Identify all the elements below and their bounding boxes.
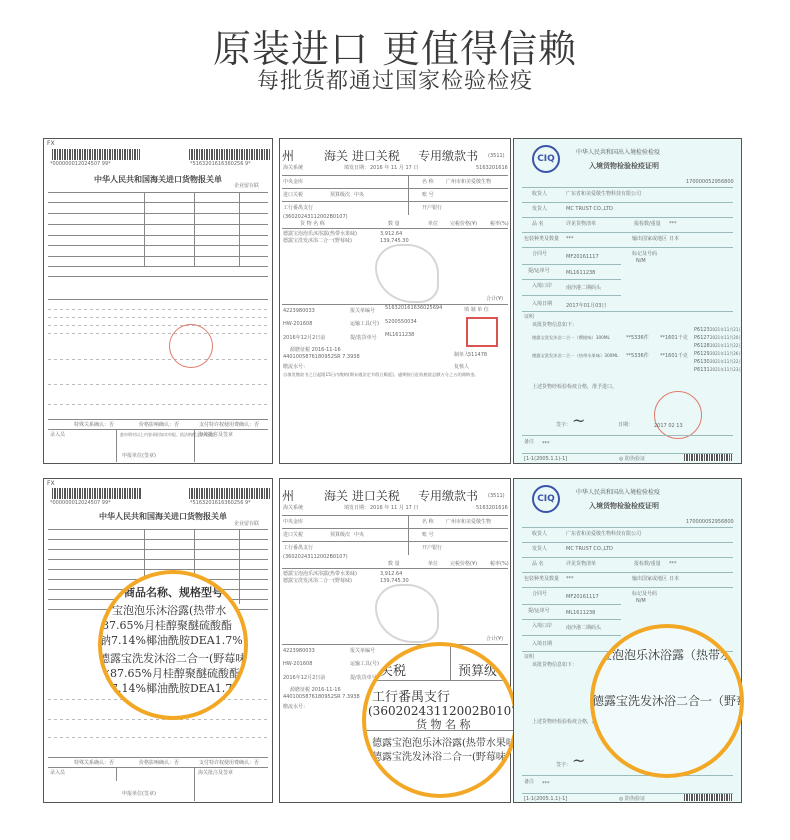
tax-system: 海关系统 xyxy=(283,165,303,171)
cert-title-1: 中华人民共和国出入境检验检疫 xyxy=(576,147,660,156)
cert-origin-value: 日本 xyxy=(669,576,679,582)
budget-label: 预算级次 xyxy=(330,532,350,538)
unit-header: 单位 xyxy=(428,221,438,227)
cert-field-value: MF20161117 xyxy=(566,254,599,260)
cert-conclusion: 上述货物经检验检疫合格，准予进口。 xyxy=(532,384,617,390)
cert-field-label: 合同号 xyxy=(532,251,547,257)
fill-date-label: 填发日期： xyxy=(344,505,369,511)
mag-line: 水87.65%月桂醇聚醚硫酸酯 xyxy=(99,665,240,681)
budget-label: 预算级次 xyxy=(330,192,350,198)
footer-label: 价格影响确认：否 xyxy=(139,760,179,766)
price-header: 完税价格(¥) xyxy=(450,221,477,227)
preparer-label: 制单人 xyxy=(454,352,469,358)
mag-line: 钠7.14%椰油酰胺DEA1.7%氯化 xyxy=(100,680,248,696)
account-code: (36020243112002B0107) xyxy=(283,214,348,220)
left-code: HW-201608 xyxy=(283,661,312,667)
magnifier-inspection-cert: 宝泡泡乐沐浴露（热带水 德露宝洗发沐浴二合一（野莓味） xyxy=(590,624,744,778)
customs-seal xyxy=(169,324,213,368)
cert-weight-value: *** xyxy=(669,221,677,227)
inspection-certificate-document: CIQ 中华人民共和国出入境检验检疫 入境货物检验检疫证明 1700000529… xyxy=(513,138,742,464)
cert-field-label: 入境日期 xyxy=(532,301,552,307)
cert-field-value: ML1611238 xyxy=(566,610,595,616)
form-code: [1-1(2005.1.1)-1] xyxy=(524,796,567,802)
cert-marks-label: 标记及号码 xyxy=(632,251,657,257)
tax-title-right: 专用缴款书 xyxy=(418,487,478,504)
collect-no: 4401005876180952SR 7.3938 xyxy=(283,694,360,700)
cert-item-weight: **1601千克 xyxy=(660,335,688,341)
budget-value: 中央 xyxy=(354,532,364,538)
cert-barcode xyxy=(684,794,732,801)
magnifier-declaration: 商品名称、规格型号 宝泡泡乐沐浴露(热带水 87.65%月桂醇聚醚硫酸酯 钠7.… xyxy=(98,570,248,720)
left-code: HW-201608 xyxy=(283,321,312,327)
barcode-left xyxy=(52,149,140,160)
barcode-right xyxy=(189,488,271,499)
transport-no: 5200550034 xyxy=(385,319,417,325)
cert-weight-label: 报检数/重量 xyxy=(634,561,661,567)
bank-label: 开户银行 xyxy=(422,205,442,211)
cert-field-label: 收货人 xyxy=(532,191,547,197)
tax-title-prefix: 州 xyxy=(282,147,294,164)
cert-field-label: 发货人 xyxy=(532,546,547,552)
barcode-left-number: *000000012024507 99* xyxy=(50,161,111,167)
goods-header: 货 物 名 称 xyxy=(300,221,325,227)
bill-no: ML1611238 xyxy=(385,332,414,338)
cert-field-value: 南沙港二期码头 xyxy=(566,625,601,631)
goods-item: 德露宝洗发沐浴二合一(野莓味) xyxy=(283,238,352,244)
tax-title-right: 专用缴款书 xyxy=(418,147,478,164)
account-code: (36020243112002B0107) xyxy=(283,554,348,560)
cert-field-value: ML1611238 xyxy=(566,270,595,276)
cert-field-value: *** xyxy=(566,236,574,242)
declaration-no: 516320161636025694 xyxy=(385,305,442,311)
customs-emblem-watermark xyxy=(375,244,439,303)
goods-item: 德露宝洗发沐浴二合一(野莓味) xyxy=(283,578,352,584)
cert-field-value: MC TRUST CO.,LTD xyxy=(566,546,613,552)
bank-label: 开户银行 xyxy=(422,545,442,551)
lot-number: P6129 xyxy=(694,351,710,357)
form-code: [1-1(2005.1.1)-1] xyxy=(524,456,567,462)
rate-header: 税率(%) xyxy=(490,221,509,227)
declaration-title: 中华人民共和国海关进口货物报关单 xyxy=(99,511,227,522)
cert-field-value: 广东省和美爱敬生物科技有限公司 xyxy=(566,531,641,537)
cert-intro: 该批货物信息如下： xyxy=(532,662,577,668)
goods-item: 德露宝泡泡乐沐浴露(热带水果味) xyxy=(283,571,357,577)
tax-title: 海关 进口关税 xyxy=(324,147,400,164)
security-label: ◎ 防伪验证 xyxy=(619,456,645,462)
cert-field-label: 包装种类及数量 xyxy=(524,236,559,242)
cert-origin-label: 输出国家或地区 xyxy=(632,236,667,242)
mag-line: 德露宝洗发沐浴二合一(野莓味) xyxy=(99,650,248,666)
cert-field-value: 南沙港二期码头 xyxy=(566,285,601,291)
fill-date-label: 填发日期： xyxy=(344,165,369,171)
cert-field-label: 入境日期 xyxy=(532,641,552,647)
footer-box-customs: 海关批注及签章 xyxy=(198,770,233,776)
mag-line: 宝泡泡乐沐浴露（热带水 xyxy=(600,646,732,663)
cert-item-qty: **5336件 xyxy=(626,353,649,359)
tax-row: 工行番禺支行 xyxy=(283,545,313,551)
magnifier-tax-bill: 关税 预算级 工行番禺支行 (36020243112002B0107) 货 物 … xyxy=(362,642,518,798)
issuer-label: 填 制 单 位 xyxy=(464,307,489,313)
remark-label: 备注 xyxy=(524,439,534,445)
footer-label: 支付特许权使用费确认：否 xyxy=(199,760,259,766)
tax-row: 进口关税 xyxy=(283,532,303,538)
cert-title-2: 入境货物检验检疫证明 xyxy=(589,161,659,171)
footer-label: 支付特许权使用费确认：否 xyxy=(199,422,259,428)
qty-header: 数 量 xyxy=(388,221,400,227)
footer-sign: 申报单位(签章) xyxy=(122,453,156,459)
footer-box-entry: 录入员 xyxy=(50,770,65,776)
tax-code: (3511) xyxy=(488,493,505,499)
declaration-title: 中华人民共和国海关进口货物报关单 xyxy=(94,174,222,185)
expiry-date: 2021年11月20日 xyxy=(710,336,742,341)
footer-box-customs: 海关批注及签章 xyxy=(198,432,233,438)
mag-line: 钠7.14%椰油酰胺DEA1.7%氯化 xyxy=(100,632,248,648)
footer-sign: 申报单位(签章) xyxy=(122,791,156,797)
mag-line: 德露宝洗发沐浴二合一（野莓味） xyxy=(592,692,744,709)
cert-item-name: 德露宝洗发沐浴二合一（樱桃味）300ML xyxy=(532,335,610,340)
mag-line: 87.65%月桂醇聚醚硫酸酯 xyxy=(102,617,232,633)
signature-label: 签字： xyxy=(556,762,571,768)
footer-label: 特殊关系确认：否 xyxy=(74,760,114,766)
barcode-left-number: *000000012024507 99* xyxy=(50,500,111,506)
subheadline: 每批货都通过国家检验检疫 xyxy=(0,64,790,95)
cert-field-value: 2017年01月03日 xyxy=(566,303,606,309)
reviewer-label: 复核人 xyxy=(454,364,469,370)
cert-field-label: 包装种类及数量 xyxy=(524,576,559,582)
cert-weight-value: *** xyxy=(669,561,677,567)
declaration-no-label: 报关单编号 xyxy=(350,648,375,654)
total-label: 合计(¥) xyxy=(486,636,503,642)
cert-barcode xyxy=(684,454,732,461)
rate-header: 税率(%) xyxy=(490,561,509,567)
left-code: 2016年12月2日前 xyxy=(283,675,325,681)
collect-note: 源磨征税 2016-11-16 xyxy=(290,347,341,353)
cert-number: 170000052956800 xyxy=(686,519,734,525)
barcode-left xyxy=(52,488,142,499)
cert-field-value: MF20161117 xyxy=(566,594,599,600)
total-label: 合计(¥) xyxy=(486,296,503,302)
tax-payment-document: 州 海关 进口关税 专用缴款书 (3511) 海关系统 填发日期： 2016 年… xyxy=(279,138,511,464)
payer-name-label: 名 称 xyxy=(422,519,434,525)
transport-label: 运输工具(号) xyxy=(350,321,379,327)
cert-field-value: 详见货物清单 xyxy=(566,221,596,227)
price-header: 完税价格(¥) xyxy=(450,561,477,567)
corner-mark: FX xyxy=(47,480,55,487)
goods-qty: 3,912.64 xyxy=(380,231,402,237)
mag-top-right: 预算级 xyxy=(458,660,497,679)
payer-name-label: 名 称 xyxy=(422,179,434,185)
mag-top-left: 关税 xyxy=(380,660,406,679)
bill-label: 提/装货单号 xyxy=(350,335,377,341)
expiry-date: 2021年11月23日 xyxy=(710,368,742,373)
cert-title-1: 中华人民共和国出入境检验检疫 xyxy=(576,487,660,496)
barcode-right-number: *5163201616360256 9* xyxy=(190,161,251,167)
security-label: ◎ 防伪验证 xyxy=(619,796,645,802)
customs-emblem-watermark xyxy=(375,584,439,643)
mag-line: 德露宝洗发沐浴二合一(野莓味) xyxy=(372,748,510,763)
cert-field-value: *** xyxy=(566,576,574,582)
copy-label: 企业留存联 xyxy=(234,183,259,189)
tax-title: 海关 进口关税 xyxy=(324,487,400,504)
cert-item-name: 德露宝洗发沐浴二合一（热带水果味）300ML xyxy=(532,353,618,358)
corner-mark: FX xyxy=(47,140,55,147)
cert-field-value: 广东省和美爱敬生物科技有限公司 xyxy=(566,191,641,197)
barcode-right-number: *5163201616360256 9* xyxy=(190,500,251,506)
cert-field-label: 入境口岸 xyxy=(532,283,552,289)
mag-line: 宝泡泡乐沐浴露(热带水 xyxy=(112,602,226,618)
cert-item-weight: **1601千克 xyxy=(660,353,688,359)
goods-item: 德露宝泡泡乐沐浴露(热带水果味) xyxy=(283,231,357,237)
remark-value: *** xyxy=(542,441,550,447)
bank-seal xyxy=(466,317,498,347)
declaration-no-label: 报关单编号 xyxy=(350,308,375,314)
footer-label: 价格影响确认：否 xyxy=(139,422,179,428)
remark-label: 备注 xyxy=(524,779,534,785)
lot-number: P6127 xyxy=(694,335,710,341)
inspection-seal xyxy=(654,391,702,439)
cert-field-label: 提/运单号 xyxy=(528,608,550,614)
tax-row: 进口关税 xyxy=(283,192,303,198)
cert-field-label: 入境口岸 xyxy=(532,623,552,629)
ciq-logo-icon: CIQ xyxy=(532,145,560,173)
tax-row: 中央金库 xyxy=(283,519,303,525)
cert-item-qty: **5336件 xyxy=(626,335,649,341)
serial-label: 缴流水号： xyxy=(283,704,308,710)
cert-marks-label: 标记及号码 xyxy=(632,591,657,597)
collect-no: 4401005876180952SR 7.3938 xyxy=(283,354,360,360)
payer-name: 广州市和美爱敬生物 xyxy=(446,179,491,185)
cert-label: 证明 xyxy=(524,314,534,320)
cert-origin-label: 输出国家或地区 xyxy=(632,576,667,582)
lot-number: P6123 xyxy=(694,327,710,333)
left-code: 2016年12月2日前 xyxy=(283,335,325,341)
cert-field-value: 详见货物清单 xyxy=(566,561,596,567)
tax-number: 5163201616 xyxy=(476,505,508,511)
collect-note: 源磨征税 2016-11-16 xyxy=(290,687,341,693)
cert-field-label: 收货人 xyxy=(532,531,547,537)
cert-field-value: MC TRUST CO.,LTD xyxy=(566,206,613,212)
cert-title-2: 入境货物检验检疫证明 xyxy=(589,501,659,511)
cert-weight-label: 报检数/重量 xyxy=(634,221,661,227)
expiry-date: 2021年11月22日 xyxy=(710,360,742,365)
tax-system: 海关系统 xyxy=(283,505,303,511)
goods-qty: 3,912.64 xyxy=(380,571,402,577)
mag-header: 商品名称、规格型号 xyxy=(124,584,223,600)
lot-number: P6131 xyxy=(694,367,710,373)
fill-date: 2016 年 11 月 17 日 xyxy=(370,505,418,511)
cert-field-label: 合同号 xyxy=(532,591,547,597)
expiry-date: 2021年11月21日 xyxy=(710,328,742,333)
customs-declaration-document: FX *000000012024507 99* *516320161636025… xyxy=(43,138,273,464)
unit-header: 单位 xyxy=(428,561,438,567)
tax-notice: 自填发缴款书之日起限15日内缴纳(期末遇法定节假日顺延)，逾期按日征收税款总额万… xyxy=(283,372,479,377)
tax-number: 5163201616 xyxy=(476,165,508,171)
cert-field-label: 发货人 xyxy=(532,206,547,212)
left-code: 4223980033 xyxy=(283,648,315,654)
expiry-date: 2021年11月26日 xyxy=(710,352,742,357)
signature: ~ xyxy=(572,411,585,430)
date-label: 日期： xyxy=(618,422,633,428)
cert-field-label: 品 名 xyxy=(532,561,544,567)
tax-title-prefix: 州 xyxy=(282,487,294,504)
cert-marks-value: N/M xyxy=(636,598,646,604)
account-label: 账 号 xyxy=(422,532,434,538)
expiry-date: 2021年11月22日 xyxy=(710,344,742,349)
left-code: 4223980033 xyxy=(283,308,315,314)
payer-name: 广州市和美爱敬生物 xyxy=(446,519,491,525)
cert-origin-value: 日本 xyxy=(669,236,679,242)
preparer: 511478 xyxy=(468,352,487,358)
cert-field-label: 提/运单号 xyxy=(528,268,550,274)
cert-number: 170000052956800 xyxy=(686,179,734,185)
serial-label: 缴流水号： xyxy=(283,364,308,370)
mag-line: 德露宝泡泡乐沐浴露(热带水果味 xyxy=(372,734,516,749)
cert-field-label: 品 名 xyxy=(532,221,544,227)
barcode-right xyxy=(189,149,271,160)
remark-value: *** xyxy=(542,781,550,787)
tax-row: 中央金库 xyxy=(283,179,303,185)
ciq-logo-icon: CIQ xyxy=(532,485,560,513)
qty-header: 数 量 xyxy=(388,561,400,567)
tax-row: 工行番禺支行 xyxy=(283,205,313,211)
signature-label: 签字： xyxy=(556,422,571,428)
footer-label: 特殊关系确认：否 xyxy=(74,422,114,428)
cert-label: 证明 xyxy=(524,654,534,660)
transport-label: 运输工具(号) xyxy=(350,661,379,667)
fill-date: 2016 年 11 月 17 日 xyxy=(370,165,418,171)
cert-date: 2017 02 13 xyxy=(654,423,683,429)
lot-number: P6130 xyxy=(694,359,710,365)
signature: ~ xyxy=(572,751,585,770)
cert-intro: 该批货物信息如下： xyxy=(532,322,577,328)
tax-code: (3511) xyxy=(488,153,505,159)
lot-number: P6128 xyxy=(694,343,710,349)
copy-label: 企业留存联 xyxy=(234,521,259,527)
mag-bank: 工行番禺支行 xyxy=(372,686,450,705)
account-label: 账 号 xyxy=(422,192,434,198)
budget-value: 中央 xyxy=(354,192,364,198)
cert-marks-value: N/M xyxy=(636,258,646,264)
footer-box-entry: 录入员 xyxy=(50,432,65,438)
